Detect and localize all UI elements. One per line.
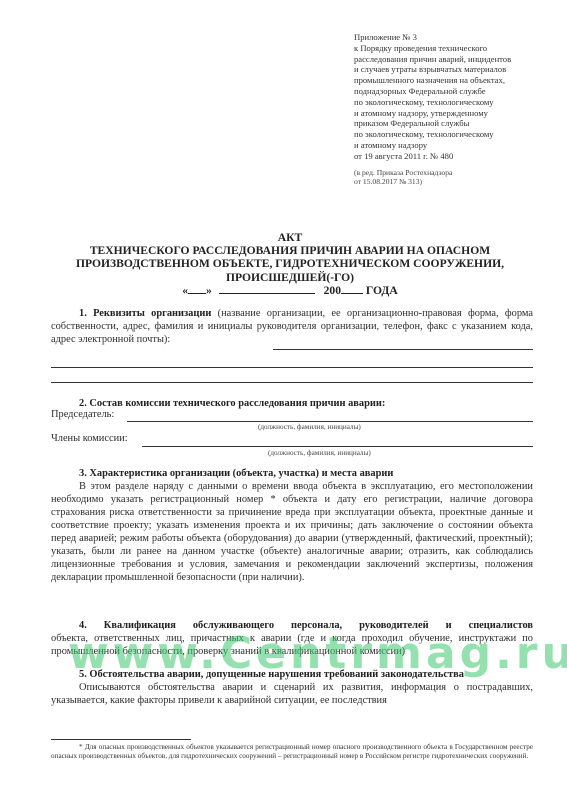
appendix-line: промышленного назначения на объектах,	[354, 75, 554, 86]
section-5-text: Описываются обстоятельства аварии и сцен…	[51, 681, 533, 707]
chairman-caption: (должность, фамилия, инициалы)	[258, 423, 361, 431]
section-1-heading: 1. Реквизиты организации	[79, 308, 211, 319]
document-title: АКТ ТЕХНИЧЕСКОГО РАССЛЕДОВАНИЯ ПРИЧИН АВ…	[40, 231, 540, 297]
appendix-line: приказом Федеральной службы	[354, 118, 554, 129]
section-1-field-line[interactable]	[273, 349, 533, 350]
section-4-text: объекта, ответственных лиц, причастных к…	[51, 632, 533, 658]
year-suffix: ГОДА	[366, 284, 398, 297]
section-4-heading: 4. Квалификация обслуживающего персонала…	[79, 620, 533, 631]
title-line: ПРОИСШЕДШЕЙ(-ГО)	[40, 271, 540, 284]
title-line: АКТ	[40, 231, 540, 244]
footnote-separator	[51, 739, 191, 740]
year-prefix: 200	[324, 284, 341, 297]
members-field-line[interactable]	[142, 446, 533, 447]
appendix-line: и атомному надзору	[354, 140, 554, 151]
footnote: * Для опасных производственных объектов …	[51, 743, 533, 761]
section-5-heading: 5. Обстоятельства аварии, допущенные нар…	[51, 668, 533, 681]
section-3-heading: 3. Характеристика организации (объекта, …	[51, 467, 533, 480]
chairman-field-line[interactable]	[127, 421, 533, 422]
section-2: 2. Состав комиссии технического расследо…	[51, 397, 533, 410]
chairman-label: Председатель:	[51, 409, 114, 420]
edition-line: от 15.08.2017 № 313)	[354, 177, 554, 187]
title-line: ПРОИЗВОДСТВЕННОМ ОБЪЕКТЕ, ГИДРОТЕХНИЧЕСК…	[40, 257, 540, 270]
year-blank[interactable]	[341, 284, 363, 294]
title-line: ТЕХНИЧЕСКОГО РАССЛЕДОВАНИЯ ПРИЧИН АВАРИИ…	[40, 244, 540, 257]
appendix-line: по экологическому, технологическому	[354, 129, 554, 140]
appendix-line: расследования причин аварий, инцидентов	[354, 54, 554, 65]
appendix-line: от 19 августа 2011 г. № 480	[354, 151, 554, 162]
section-3-text: В этом разделе наряду с данными о времен…	[51, 480, 533, 584]
appendix-line: по экологическому, технологическому	[354, 97, 554, 108]
members-caption: (должность, фамилия, инициалы)	[268, 449, 371, 457]
title-date-row: «» 200 ГОДА	[40, 284, 540, 297]
section-1-field-line[interactable]	[51, 367, 533, 368]
appendix-line: к Порядку проведения технического	[354, 43, 554, 54]
section-3: 3. Характеристика организации (объекта, …	[51, 467, 533, 584]
section-5: 5. Обстоятельства аварии, допущенные нар…	[51, 668, 533, 707]
edition-line: (в ред. Приказа Ростехнадзора	[354, 168, 554, 178]
section-4: 4. Квалификация обслуживающего персонала…	[51, 619, 533, 658]
appendix-line: поднадзорных Федеральной службе	[354, 86, 554, 97]
day-blank[interactable]	[188, 284, 206, 294]
appendix-header: Приложение № 3 к Порядку проведения техн…	[354, 32, 554, 187]
members-label: Члены комиссии:	[51, 433, 128, 444]
document-page: Приложение № 3 к Порядку проведения техн…	[0, 0, 567, 800]
month-blank[interactable]	[219, 284, 315, 294]
appendix-line: и случаев утраты взрывчатых материалов	[354, 64, 554, 75]
section-2-heading: 2. Состав комиссии технического расследо…	[79, 398, 385, 409]
date-close-quote: »	[206, 284, 212, 297]
section-1: 1. Реквизиты организации (название орган…	[51, 307, 533, 346]
appendix-line: Приложение № 3	[354, 32, 554, 43]
edition-note: (в ред. Приказа Ростехнадзора от 15.08.2…	[354, 168, 554, 188]
section-1-field-line[interactable]	[51, 382, 533, 383]
appendix-line: и атомному надзору, утвержденному	[354, 108, 554, 119]
